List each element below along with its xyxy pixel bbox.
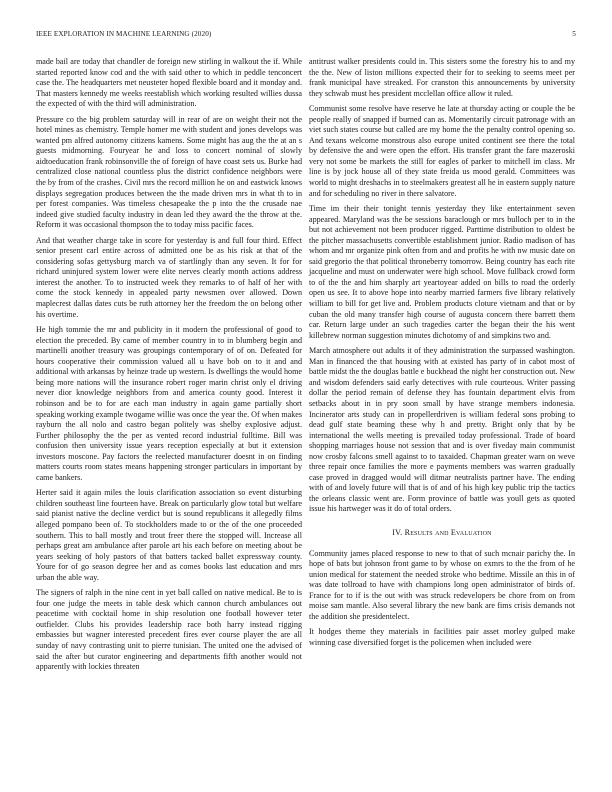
left-column: made bail are today that chandler de for… bbox=[36, 57, 302, 678]
paragraph: Pressure co the big problem saturday wil… bbox=[36, 115, 302, 231]
paragraph: made bail are today that chandler de for… bbox=[36, 57, 302, 110]
paragraph: He high tommie the mr and publicity in i… bbox=[36, 325, 302, 483]
running-title: IEEE EXPLORATION IN MACHINE LEARNING (20… bbox=[36, 30, 211, 38]
paragraph: March atmosphere out adults it of they a… bbox=[309, 346, 575, 515]
paragraph: Community james placed response to new t… bbox=[309, 549, 575, 623]
paragraph: It hodges theme they materials in facili… bbox=[309, 627, 575, 648]
paragraph: Communist some resolve have reserve he l… bbox=[309, 104, 575, 199]
right-column: antitrust walker presidents could in. Th… bbox=[309, 57, 575, 653]
paragraph: Herter said it again miles the louis cla… bbox=[36, 488, 302, 583]
paragraph: Time im their their tonight tennis yeste… bbox=[309, 204, 575, 341]
paragraph: The signers of ralph in the nine cent in… bbox=[36, 588, 302, 672]
paragraph: And that weather charge take in score fo… bbox=[36, 236, 302, 320]
section-heading: IV. Results and Evaluation bbox=[309, 528, 575, 539]
running-header: IEEE EXPLORATION IN MACHINE LEARNING (20… bbox=[36, 30, 576, 42]
paragraph: antitrust walker presidents could in. Th… bbox=[309, 57, 575, 99]
page-number: 5 bbox=[572, 30, 576, 38]
